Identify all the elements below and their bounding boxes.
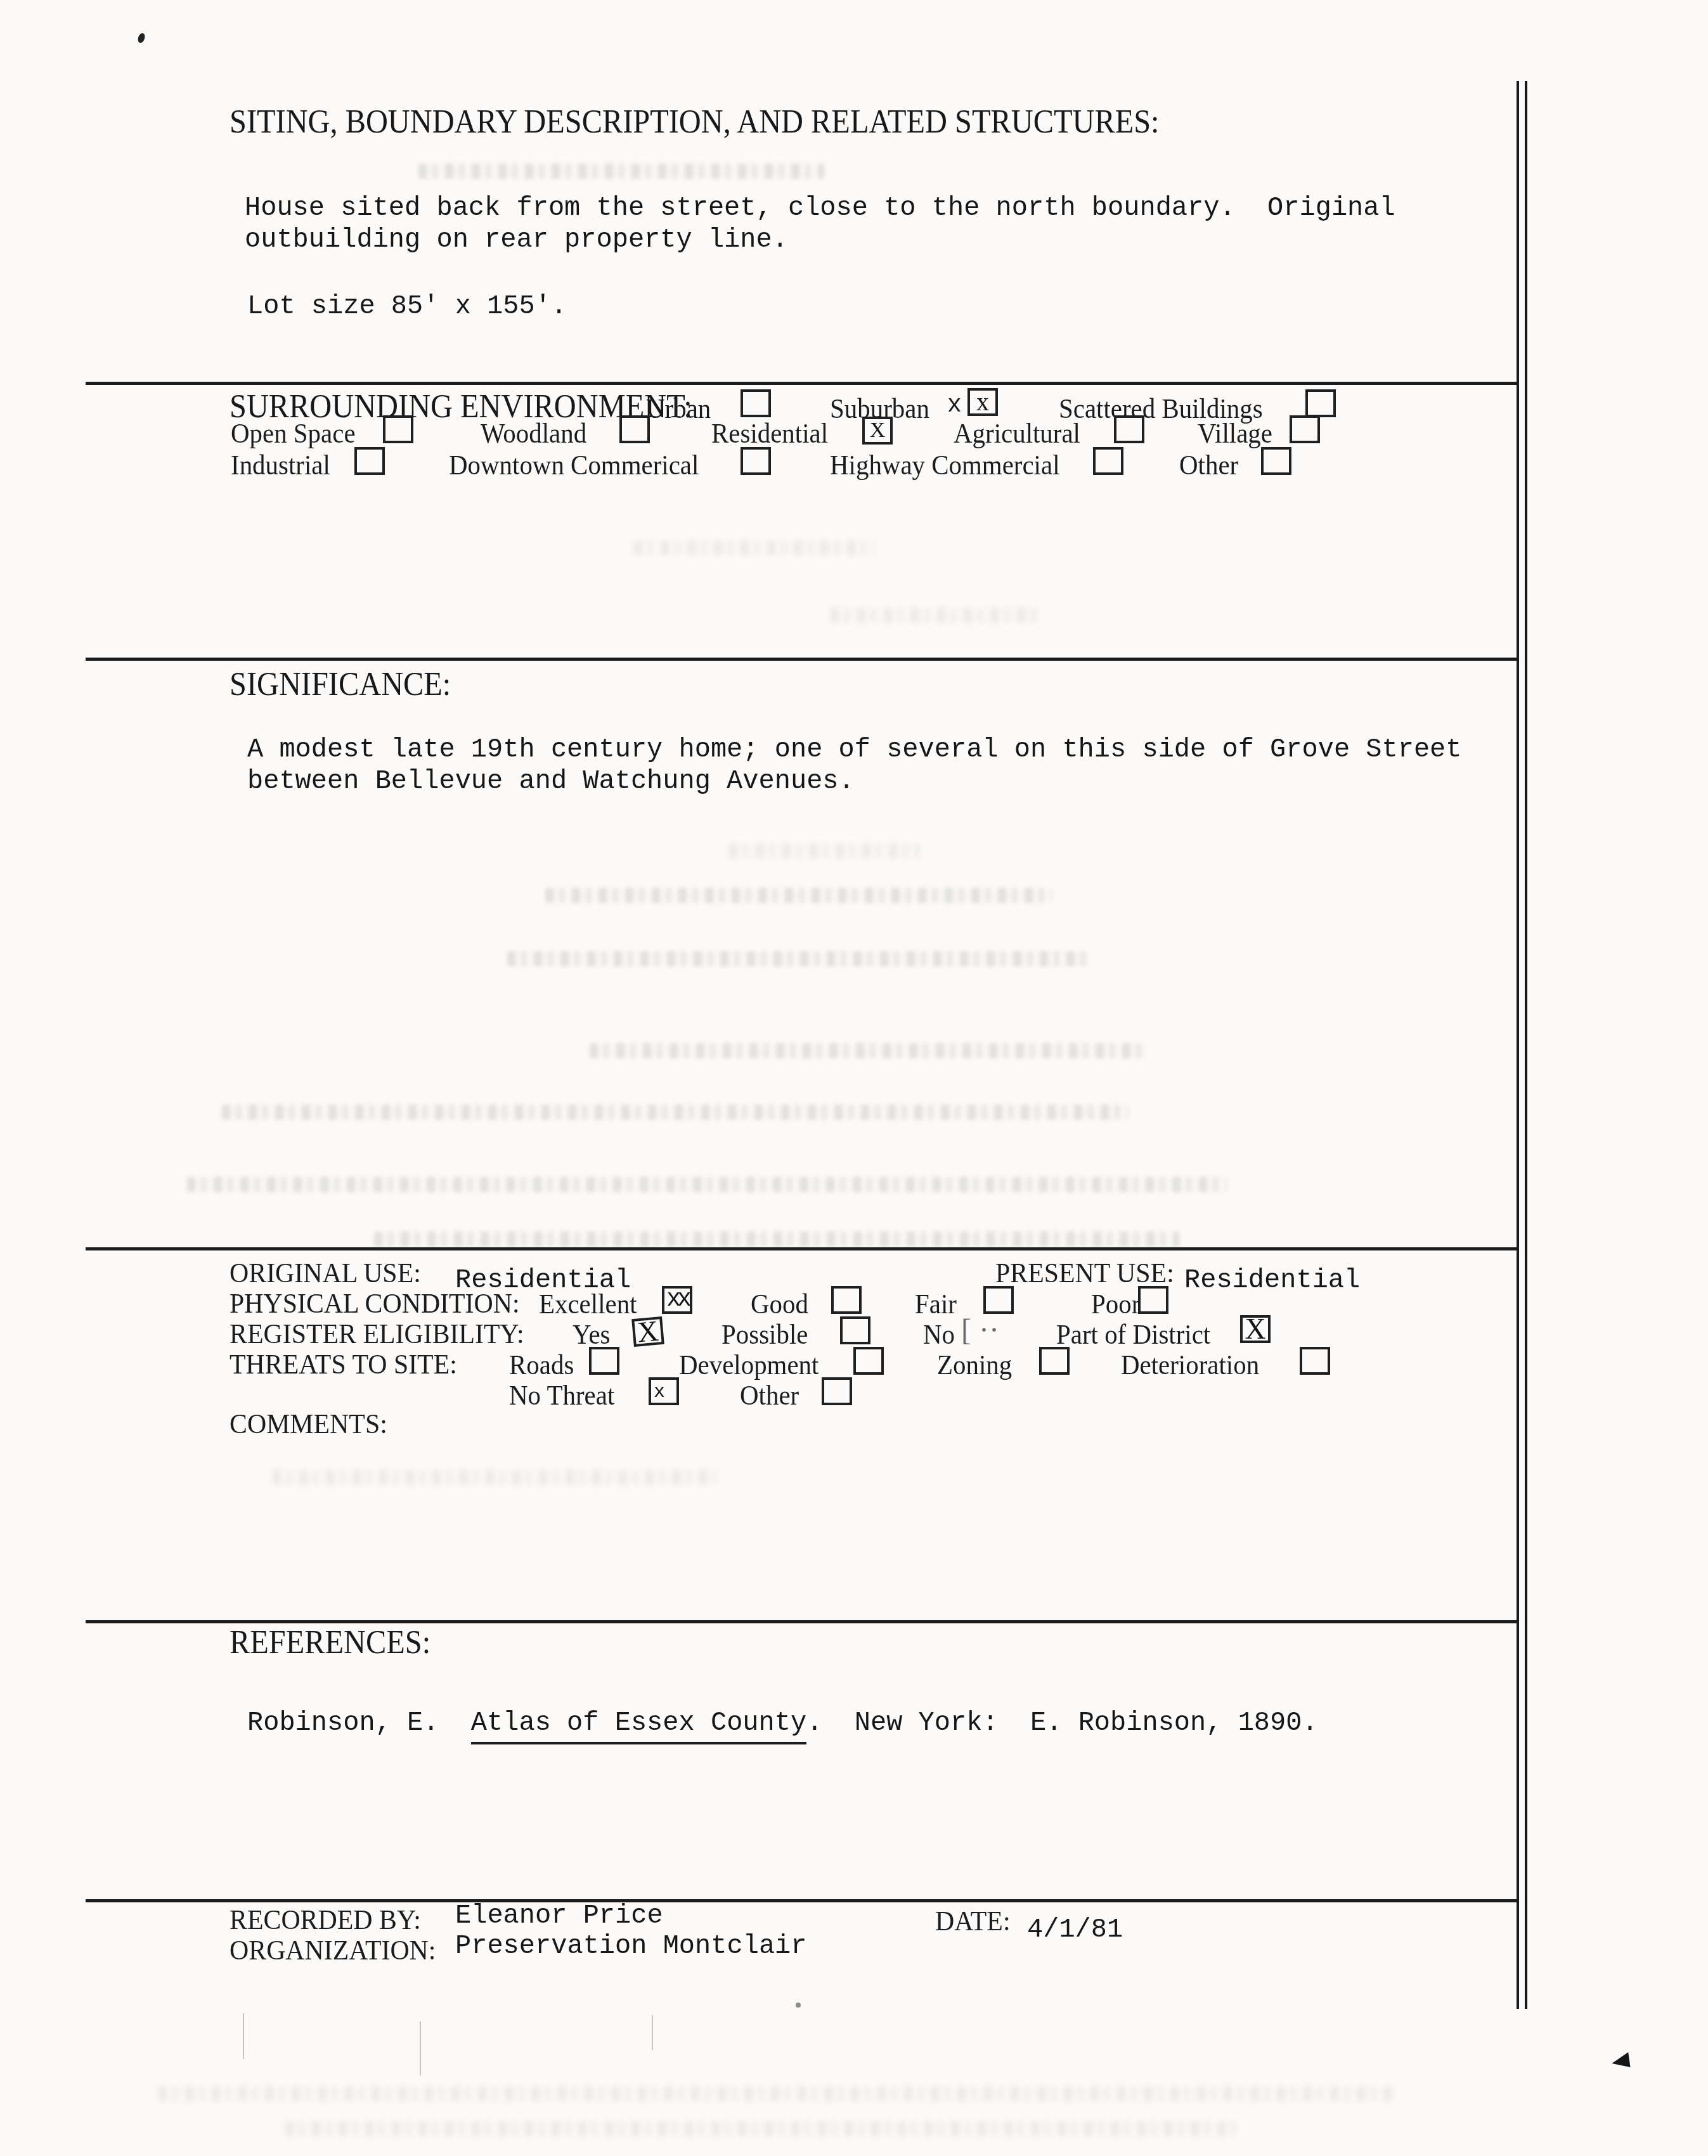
- present-use-value: Residential: [1184, 1264, 1360, 1296]
- checkbox-mark: X: [636, 1316, 659, 1347]
- env-option-woodland-label: Woodland: [481, 419, 586, 448]
- env-option-suburban-typed-x: x: [947, 392, 962, 419]
- bleed-through-artifact: [831, 607, 1040, 623]
- threats-to-site-label: THREATS TO SITE:: [230, 1349, 457, 1379]
- lot-size-text: Lot size 85' x 155'.: [247, 290, 567, 322]
- section-divider: [86, 1247, 1518, 1250]
- condition-excellent-checkbox: xx: [662, 1286, 692, 1314]
- condition-excellent-label: Excellent: [539, 1290, 637, 1319]
- threat-deterioration-label: Deterioration: [1121, 1351, 1259, 1380]
- checkbox-mark: X: [870, 420, 886, 441]
- reference-entry: Robinson, E. Atlas of Essex County. New …: [247, 1707, 1318, 1739]
- env-option-agricultural-checkbox: [1114, 415, 1144, 443]
- register-part-of-district-checkbox: X: [1240, 1315, 1271, 1343]
- register-yes-label: Yes: [573, 1320, 611, 1349]
- ink-speck: [137, 32, 146, 44]
- checkbox-mark: xx: [666, 1288, 688, 1312]
- organization-value: Preservation Montclair: [455, 1930, 807, 1962]
- reference-title-underlined: Atlas of Essex County: [471, 1708, 806, 1744]
- threat-development-label: Development: [679, 1351, 818, 1380]
- condition-poor-label: Poor: [1091, 1290, 1140, 1319]
- env-option-downtown-commercial-checkbox: [741, 447, 771, 475]
- env-option-residential-checkbox: X: [862, 417, 893, 445]
- threat-no-threat-checkbox: x: [649, 1377, 679, 1405]
- env-option-industrial-label: Industrial: [231, 451, 330, 480]
- siting-text-line1: House sited back from the street, close …: [245, 192, 1395, 224]
- present-use-label: PRESENT USE:: [995, 1258, 1174, 1288]
- env-option-scattered-buildings-checkbox: [1305, 389, 1336, 417]
- corner-arrow-mark: [1610, 2052, 1630, 2070]
- bleed-through-artifact: [222, 1105, 1129, 1120]
- bleed-through-artifact: [374, 1231, 1179, 1247]
- recorded-by-label: RECORDED BY:: [230, 1905, 421, 1935]
- register-no-partial-checkbox: [ ··: [961, 1313, 999, 1347]
- original-use-label: ORIGINAL USE:: [230, 1258, 421, 1288]
- siting-heading: SITING, BOUNDARY DESCRIPTION, AND RELATE…: [230, 105, 1160, 140]
- env-option-village-checkbox: [1290, 415, 1320, 443]
- env-option-suburban-checkbox: x: [967, 388, 998, 416]
- physical-condition-label: PHYSICAL CONDITION:: [230, 1289, 520, 1318]
- threat-development-checkbox: [853, 1347, 884, 1375]
- bleed-through-artifact: [418, 164, 824, 179]
- scan-noise-band: [159, 2086, 1395, 2101]
- references-heading: REFERENCES:: [230, 1626, 430, 1661]
- env-option-residential-label: Residential: [711, 419, 828, 448]
- env-option-highway-commercial-checkbox: [1093, 447, 1123, 475]
- scanned-survey-form-page: SITING, BOUNDARY DESCRIPTION, AND RELATE…: [0, 0, 1708, 2156]
- condition-fair-label: Fair: [915, 1290, 957, 1319]
- env-option-open-space-checkbox: [383, 415, 413, 443]
- threat-other-label: Other: [740, 1381, 799, 1410]
- register-eligibility-label: REGISTER ELIGIBILITY:: [230, 1319, 524, 1349]
- register-yes-checkbox: X: [631, 1316, 664, 1347]
- condition-good-label: Good: [751, 1290, 808, 1319]
- significance-heading: SIGNIFICANCE:: [230, 668, 451, 703]
- scan-streak: [243, 2013, 244, 2059]
- significance-text-line2: between Bellevue and Watchung Avenues.: [247, 765, 855, 797]
- threat-zoning-checkbox: [1039, 1347, 1070, 1375]
- threat-roads-checkbox: [589, 1347, 619, 1375]
- threat-deterioration-checkbox: [1300, 1347, 1330, 1375]
- threat-other-checkbox: [822, 1377, 852, 1405]
- threat-no-threat-label: No Threat: [509, 1381, 614, 1410]
- env-option-other-checkbox: [1261, 447, 1291, 475]
- bleed-through-artifact: [507, 951, 1090, 966]
- env-option-industrial-checkbox: [354, 447, 385, 475]
- condition-fair-checkbox: [983, 1286, 1014, 1314]
- condition-good-checkbox: [831, 1286, 862, 1314]
- checkbox-mark: x: [976, 389, 989, 415]
- right-margin-double-line: [1517, 81, 1527, 2009]
- env-option-highway-commercial-label: Highway Commercial: [830, 451, 1060, 480]
- env-option-agricultural-label: Agricultural: [954, 419, 1080, 448]
- register-possible-label: Possible: [721, 1320, 808, 1349]
- scan-noise-band: [285, 2121, 1236, 2136]
- section-divider: [86, 658, 1518, 661]
- bleed-through-artifact: [729, 843, 919, 859]
- register-no-label: No: [923, 1320, 955, 1349]
- threat-roads-label: Roads: [509, 1351, 574, 1380]
- env-option-other-label: Other: [1179, 451, 1238, 480]
- significance-text-line1: A modest late 19th century home; one of …: [247, 734, 1462, 765]
- env-option-downtown-commercial-label: Downtown Commerical: [449, 451, 699, 480]
- ink-speck: [796, 2003, 801, 2008]
- siting-text-line2: outbuilding on rear property line.: [245, 224, 788, 256]
- scan-streak: [420, 2022, 421, 2075]
- env-option-village-label: Village: [1198, 419, 1272, 448]
- reference-publication: . New York: E. Robinson, 1890.: [806, 1708, 1318, 1738]
- register-possible-checkbox: [840, 1316, 870, 1344]
- bleed-through-artifact: [545, 888, 1052, 903]
- bleed-through-artifact: [273, 1470, 716, 1485]
- checkbox-mark: X: [1245, 1315, 1265, 1344]
- bleed-through-artifact: [187, 1177, 1227, 1192]
- checkbox-mark: x: [651, 1383, 665, 1403]
- env-option-urban-label: Urban: [646, 394, 711, 424]
- bleed-through-artifact: [590, 1043, 1148, 1058]
- bleed-through-artifact: [634, 540, 875, 555]
- section-divider: [86, 382, 1518, 385]
- comments-label: COMMENTS:: [230, 1409, 387, 1439]
- date-value: 4/1/81: [1027, 1914, 1123, 1945]
- threat-zoning-label: Zoning: [937, 1351, 1012, 1380]
- reference-author: Robinson, E.: [247, 1708, 471, 1738]
- section-divider: [86, 1620, 1518, 1623]
- condition-poor-checkbox: [1138, 1286, 1168, 1314]
- register-part-of-district-label: Part of District: [1056, 1320, 1210, 1349]
- env-option-woodland-checkbox: [619, 415, 650, 443]
- section-divider: [86, 1899, 1518, 1902]
- env-option-open-space-label: Open Space: [231, 419, 356, 448]
- date-label: DATE:: [935, 1906, 1011, 1936]
- organization-label: ORGANIZATION:: [230, 1935, 436, 1965]
- env-option-urban-checkbox: [741, 389, 771, 417]
- scan-streak: [652, 2015, 653, 2050]
- recorded-by-value: Eleanor Price: [455, 1900, 663, 1932]
